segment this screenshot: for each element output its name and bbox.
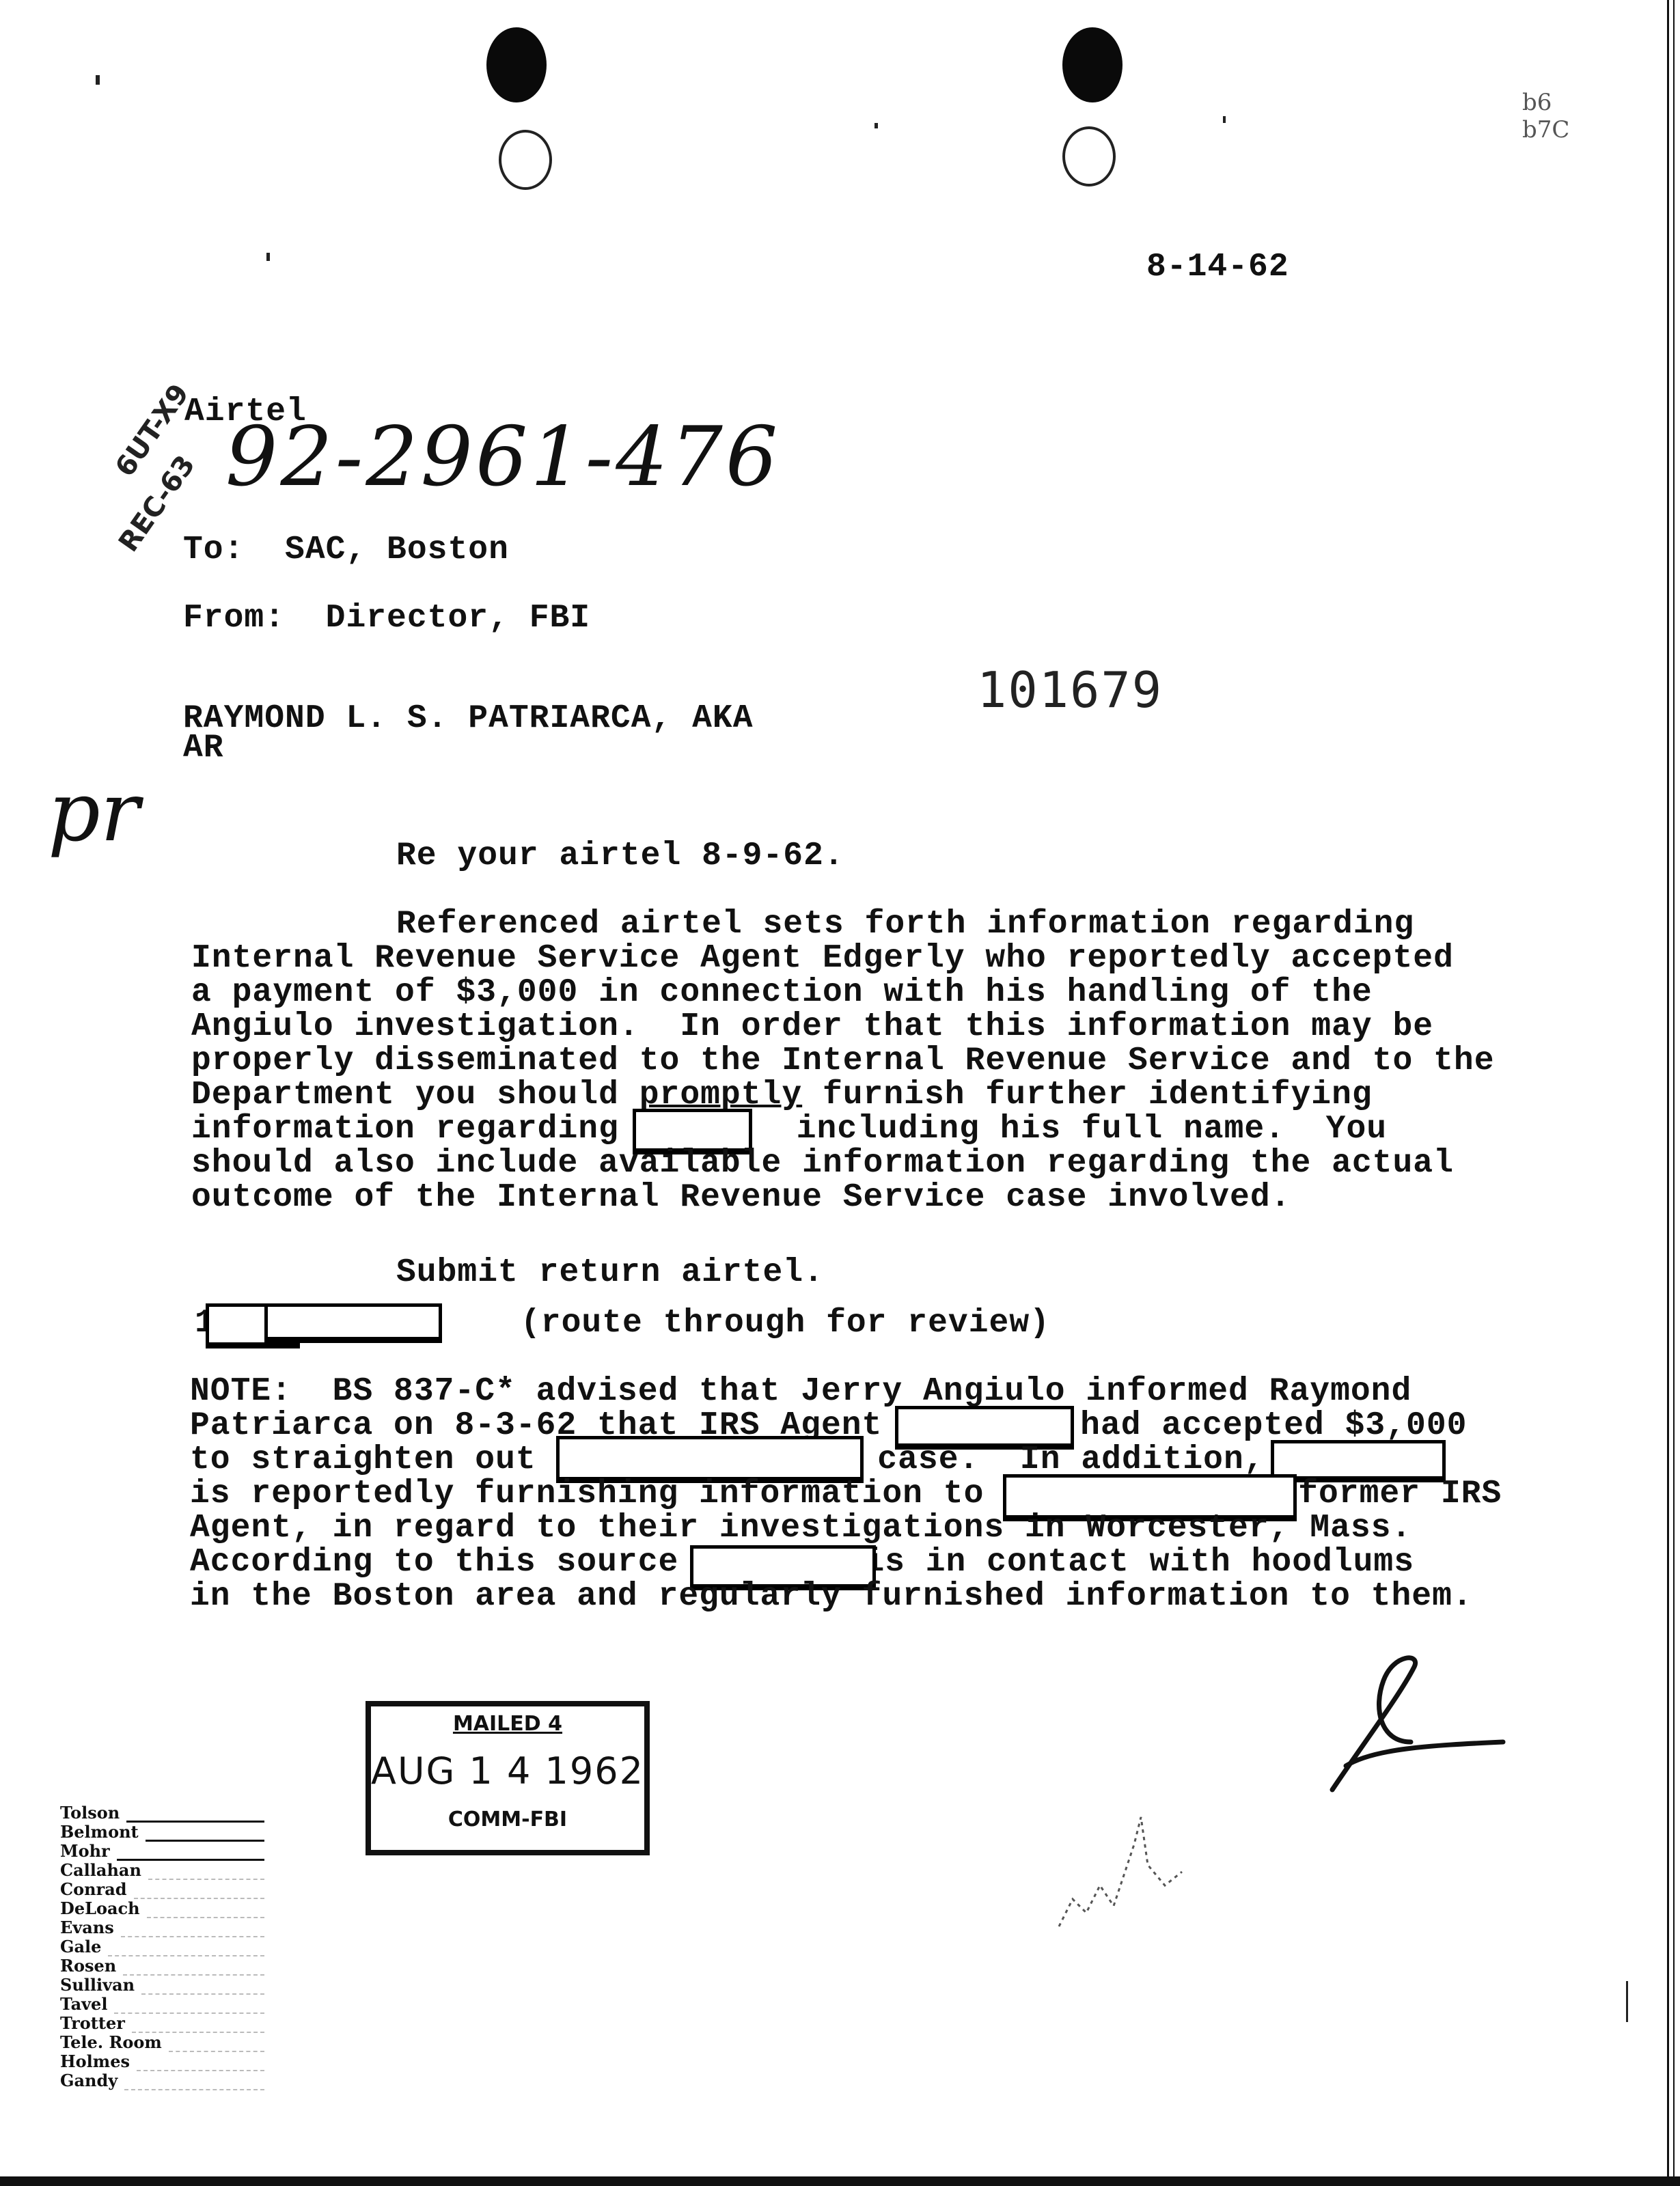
scan-edge-right [1667, 0, 1675, 2186]
to-value: SAC, Boston [285, 531, 509, 568]
faint-signature-mark [1045, 1803, 1223, 1940]
body-line: Department you should promptly furnish f… [191, 1077, 1373, 1113]
exemption-b7c: b7C [1522, 116, 1569, 143]
routing-blank-line [114, 2012, 264, 2014]
routing-row: Evans [60, 1918, 264, 1937]
cc-suffix: (route through for review) [521, 1305, 1050, 1342]
routing-name: Sullivan [60, 1976, 135, 1995]
note-line: in the Boston area and regularly furnish… [190, 1578, 1473, 1615]
routing-name: Rosen [60, 1956, 116, 1976]
punch-hole-right [1062, 27, 1123, 102]
to-label: To: [183, 531, 244, 568]
routing-row: Trotter [60, 2014, 264, 2033]
subject-line2: AR [183, 730, 224, 766]
routing-name: Gale [60, 1937, 101, 1956]
text-span: former IRS [1278, 1476, 1502, 1512]
routing-blank-line [146, 1840, 264, 1842]
scan-speck [1626, 1981, 1628, 2022]
body-line: properly disseminated to the Internal Re… [191, 1042, 1495, 1079]
exemption-codes: b6 b7C [1522, 89, 1569, 143]
routing-name: Tele. Room [60, 2033, 162, 2052]
from-value: Director, FBI [326, 600, 590, 637]
text-span: information regarding [191, 1111, 619, 1148]
routing-blank-line [126, 1821, 264, 1823]
routing-blank-line [137, 2070, 264, 2071]
routing-row: DeLoach [60, 1899, 264, 1918]
punch-ring-right [1062, 126, 1116, 186]
routing-row: Gale [60, 1937, 264, 1956]
faint-signature [1045, 1803, 1223, 1943]
routing-name: Holmes [60, 2052, 130, 2071]
routing-row: Belmont [60, 1823, 264, 1842]
routing-blank-line [123, 1974, 264, 1976]
routing-row: Tele. Room [60, 2033, 264, 2052]
routing-blank-line [108, 1955, 264, 1956]
text-span: to straighten out [190, 1441, 556, 1478]
routing-name: Gandy [60, 2071, 118, 2090]
routing-row: Mohr [60, 1842, 264, 1861]
redaction-box-cc [264, 1303, 442, 1343]
signature [1319, 1653, 1524, 1807]
routing-blank-line [134, 1898, 264, 1899]
routing-blank-line [141, 1993, 264, 1995]
note-line: NOTE: BS 837-C* advised that Jerry Angiu… [190, 1373, 1412, 1410]
document-page: b6 b7C 8-14-62 6UT-X9 REC-63 Airtel 92-2… [0, 0, 1680, 2186]
routing-row: Rosen [60, 1956, 264, 1976]
scan-speck [875, 123, 878, 128]
routing-name: Evans [60, 1918, 114, 1937]
re-line: Re your airtel 8-9-62. [396, 838, 844, 874]
underlined-promptly: promptly [639, 1077, 802, 1113]
routing-name: Conrad [60, 1880, 127, 1899]
scan-speck [96, 75, 100, 85]
routing-row: Callahan [60, 1861, 264, 1880]
routing-row: Gandy [60, 2071, 264, 2090]
body-line: Internal Revenue Service Agent Edgerly w… [191, 940, 1454, 977]
routing-blank-line [169, 2051, 264, 2052]
routing-blank-line [121, 1936, 264, 1937]
mailed-stamp: MAILED 4 AUG 1 4 1962 COMM-FBI [366, 1701, 650, 1855]
routing-blank-line [147, 1917, 264, 1918]
serial-stamp: 101679 [977, 661, 1163, 719]
routing-name: Belmont [60, 1823, 139, 1842]
document-date: 8-14-62 [1146, 249, 1289, 286]
note-line: Agent, in regard to their investigations… [190, 1510, 1412, 1547]
body-line: information regarding including his full… [191, 1111, 1387, 1148]
body-line: Referenced airtel sets forth information… [396, 906, 1414, 943]
routing-row: Holmes [60, 2052, 264, 2071]
margin-initials: pr [48, 765, 139, 860]
text-span: case. In addition, [857, 1441, 1264, 1478]
routing-name: DeLoach [60, 1899, 140, 1918]
routing-name: Callahan [60, 1861, 141, 1880]
exemption-b6: b6 [1522, 89, 1569, 116]
routing-blank-line [148, 1879, 264, 1880]
scan-edge-bottom [0, 2176, 1680, 2186]
text-span: According to this source [190, 1544, 678, 1581]
scan-speck [266, 253, 270, 261]
note-line: is reportedly furnishing information to … [190, 1476, 1502, 1512]
body-line: should also include available informatio… [191, 1145, 1454, 1182]
body-line: outcome of the Internal Revenue Service … [191, 1179, 1291, 1216]
routing-blank-line [124, 2089, 264, 2090]
signature-mark [1319, 1653, 1524, 1803]
routing-name: Trotter [60, 2014, 125, 2033]
text-span: furnish further identifying [802, 1077, 1373, 1113]
mailed-stamp-label: MAILED 4 [371, 1712, 644, 1736]
routing-row: Conrad [60, 1880, 264, 1899]
text-span: Department you should [191, 1077, 639, 1113]
body-line: Angiulo investigation. In order that thi… [191, 1008, 1433, 1045]
handwritten-file-number: 92-2961-476 [225, 410, 780, 505]
subject-line1: RAYMOND L. S. PATRIARCA, AKA [183, 700, 754, 737]
text-span: is in contact with hoodlums [864, 1544, 1414, 1581]
text-span: including his full name. You [776, 1111, 1387, 1148]
text-span: had accepted $3,000 [1060, 1407, 1467, 1444]
from-line: From: Director, FBI [183, 600, 590, 637]
mailed-stamp-origin: COMM-FBI [371, 1808, 644, 1831]
routing-row: Tavel [60, 1995, 264, 2014]
scan-speck [1223, 116, 1226, 123]
routing-name: Tolson [60, 1803, 120, 1823]
routing-row: Sullivan [60, 1976, 264, 1995]
from-label: From: [183, 600, 285, 637]
body-line: a payment of $3,000 in connection with h… [191, 974, 1373, 1011]
routing-row: Tolson [60, 1803, 264, 1823]
mailed-stamp-date: AUG 1 4 1962 [371, 1749, 644, 1793]
to-line: To: SAC, Boston [183, 531, 509, 568]
text-span: is reportedly furnishing information to [190, 1476, 984, 1512]
routing-list: TolsonBelmontMohrCallahanConradDeLoachEv… [60, 1803, 264, 2090]
punch-hole-left [486, 27, 547, 102]
submit-line: Submit return airtel. [396, 1254, 824, 1291]
routing-name: Mohr [60, 1842, 110, 1861]
punch-ring-left [499, 130, 552, 190]
routing-name: Tavel [60, 1995, 107, 2014]
